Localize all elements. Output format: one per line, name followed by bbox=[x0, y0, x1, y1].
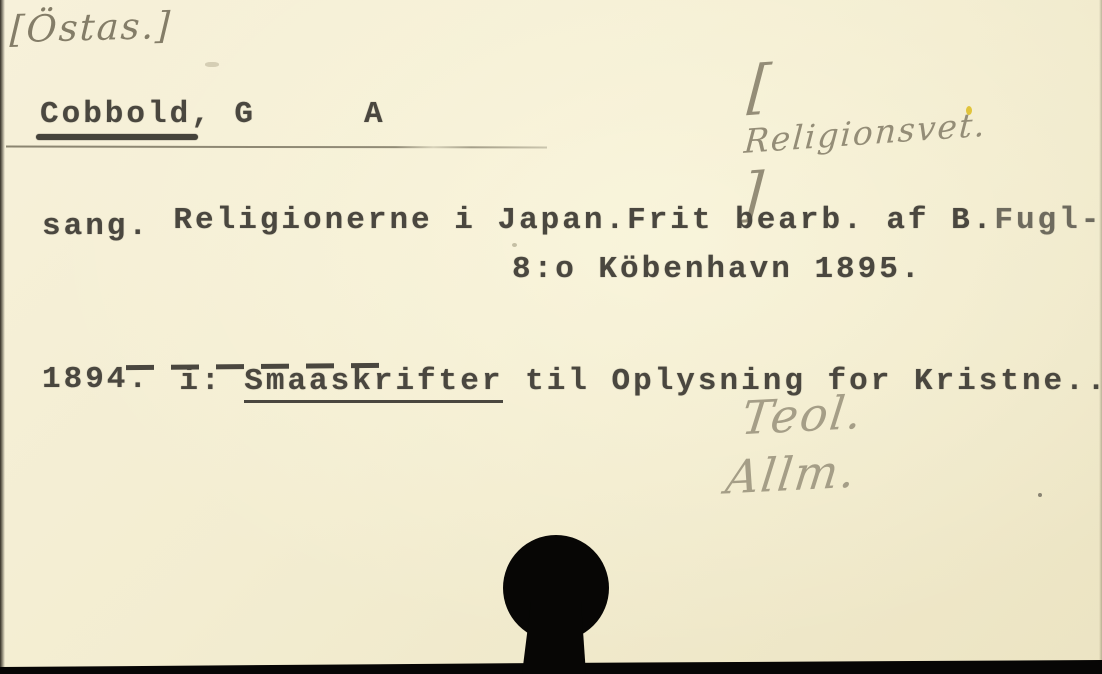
catalog-card-scan: [Östas.] [ Religionsvet. ] Cobbold, G A … bbox=[0, 0, 1102, 674]
imprint-line: 8:o Köbenhavn 1895. bbox=[512, 252, 922, 287]
keyhole-stem bbox=[522, 602, 586, 674]
left-bracket-stroke: [ bbox=[746, 52, 773, 122]
pencil-rule-line bbox=[6, 146, 547, 149]
pencil-subject-allm: Allm. bbox=[723, 443, 860, 504]
title-line-1-faded: Fugl- bbox=[994, 203, 1102, 238]
pencil-subject-teol: Teol. bbox=[739, 385, 867, 446]
title-line-1-main: Religionerne i Japan.Frit bearb. af B. bbox=[173, 203, 994, 238]
card-left-edge bbox=[0, 0, 5, 674]
series-year: 1894. bbox=[42, 362, 150, 397]
pencil-annotation-topleft: [Östas.] bbox=[9, 4, 173, 51]
title-line-2: sang. bbox=[42, 209, 150, 244]
bottom-background-strip bbox=[0, 660, 1102, 674]
faint-speck bbox=[512, 243, 517, 247]
series-title-underlined: Smaaskrifter bbox=[244, 364, 503, 403]
pencil-annotation-topright-text: Religionsvet. bbox=[743, 105, 988, 161]
series-line: i: Smaaskrifter til Oplysning for Kristn… bbox=[93, 329, 1102, 434]
pencil-smudge bbox=[205, 62, 219, 67]
heading-underline bbox=[36, 134, 198, 140]
author-heading: Cobbold, G A bbox=[40, 97, 386, 132]
yellow-speck bbox=[966, 106, 972, 115]
dark-speck bbox=[1038, 493, 1042, 497]
keyhole-circle bbox=[503, 535, 609, 641]
